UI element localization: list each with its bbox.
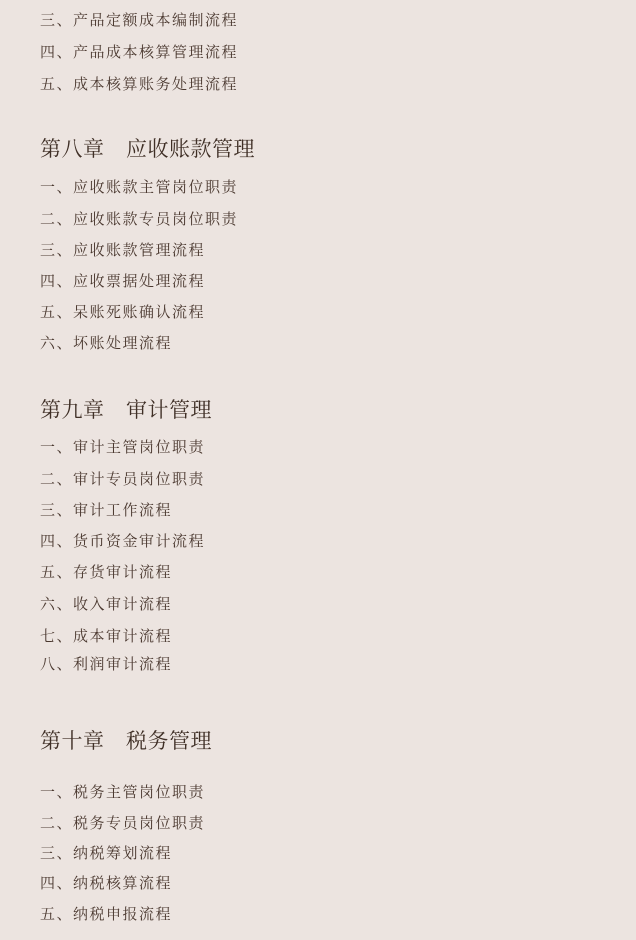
toc-item: 八、利润审计流程 [40, 654, 172, 674]
toc-item: 六、收入审计流程 [40, 594, 172, 614]
toc-item: 一、审计主管岗位职责 [40, 437, 205, 457]
toc-page: 三、产品定额成本编制流程 四、产品成本核算管理流程 五、成本核算账务处理流程 第… [0, 0, 636, 940]
toc-item: 一、税务主管岗位职责 [40, 782, 205, 802]
toc-item: 四、应收票据处理流程 [40, 271, 205, 291]
toc-item: 二、税务专员岗位职责 [40, 813, 205, 833]
toc-item: 一、应收账款主管岗位职责 [40, 177, 238, 197]
toc-item: 七、成本审计流程 [40, 626, 172, 646]
toc-item: 五、纳税申报流程 [40, 904, 172, 924]
toc-item: 四、产品成本核算管理流程 [40, 42, 238, 62]
toc-item: 三、应收账款管理流程 [40, 240, 205, 260]
toc-item: 五、存货审计流程 [40, 562, 172, 582]
toc-item: 二、应收账款专员岗位职责 [40, 209, 238, 229]
toc-item: 三、产品定额成本编制流程 [40, 10, 238, 30]
toc-item: 四、纳税核算流程 [40, 873, 172, 893]
toc-item: 三、审计工作流程 [40, 500, 172, 520]
toc-item: 五、呆账死账确认流程 [40, 302, 205, 322]
toc-item: 四、货币资金审计流程 [40, 531, 205, 551]
toc-item: 六、坏账处理流程 [40, 333, 172, 353]
chapter-heading: 第八章 应收账款管理 [40, 135, 255, 163]
toc-item: 二、审计专员岗位职责 [40, 469, 205, 489]
chapter-heading: 第十章 税务管理 [40, 727, 212, 755]
toc-item: 五、成本核算账务处理流程 [40, 74, 238, 94]
chapter-heading: 第九章 审计管理 [40, 396, 212, 424]
toc-item: 三、纳税筹划流程 [40, 843, 172, 863]
